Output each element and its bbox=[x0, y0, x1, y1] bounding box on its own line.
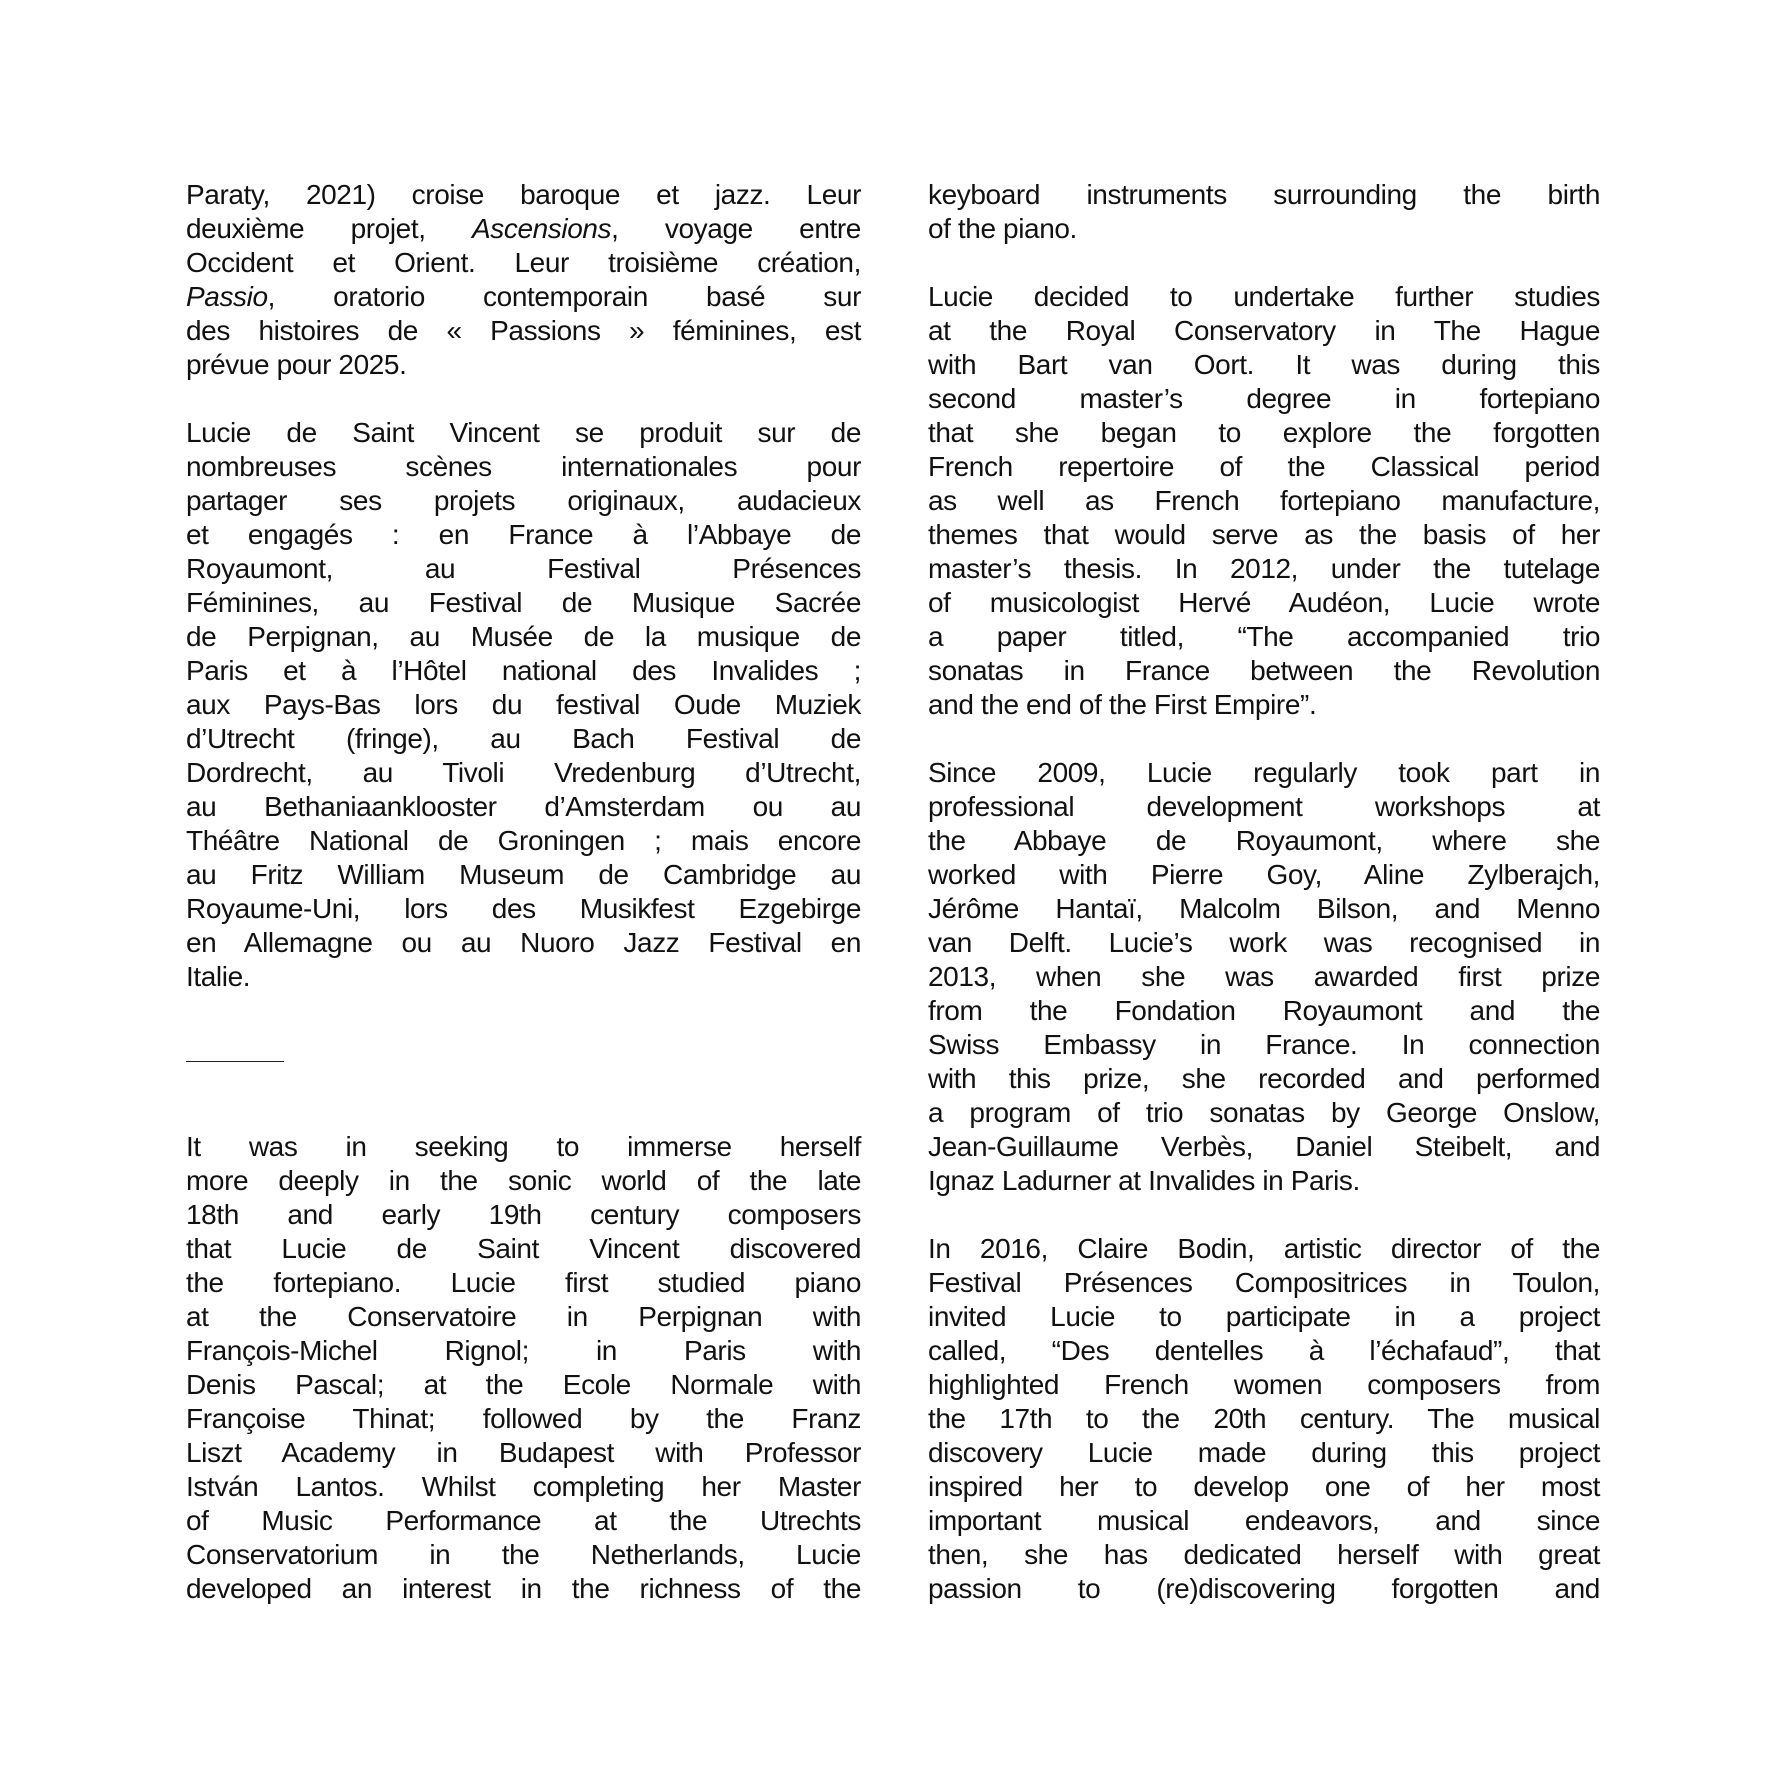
text-line: Conservatorium in the Netherlands, Lucie bbox=[186, 1538, 861, 1572]
text-line: a paper titled, “The accompanied trio bbox=[928, 620, 1600, 654]
text-line: inspired her to develop one of her most bbox=[928, 1470, 1600, 1504]
text-line: prévue pour 2025. bbox=[186, 348, 861, 382]
text-line: discovery Lucie made during this project bbox=[928, 1436, 1600, 1470]
italic-title: Ascensions bbox=[472, 213, 611, 244]
text-line: and the end of the First Empire”. bbox=[928, 688, 1600, 722]
text-line: Françoise Thinat; followed by the Franz bbox=[186, 1402, 861, 1436]
text-line: Paraty, 2021) croise baroque et jazz. Le… bbox=[186, 178, 861, 212]
text-line: French repertoire of the Classical perio… bbox=[928, 450, 1600, 484]
text-line: keyboard instruments surrounding the bir… bbox=[928, 178, 1600, 212]
text-segment: , oratorio contemporain basé sur bbox=[268, 281, 861, 312]
text-line: Dordrecht, au Tivoli Vredenburg d’Utrech… bbox=[186, 756, 861, 790]
text-line: 2013, when she was awarded first prize bbox=[928, 960, 1600, 994]
text-line: deuxième projet, Ascensions, voyage entr… bbox=[186, 212, 861, 246]
text-line: In 2016, Claire Bodin, artistic director… bbox=[928, 1232, 1600, 1266]
text-line: of musicologist Hervé Audéon, Lucie wrot… bbox=[928, 586, 1600, 620]
text-line: Ignaz Ladurner at Invalides in Paris. bbox=[928, 1164, 1600, 1198]
text-segment: , voyage entre bbox=[611, 213, 861, 244]
text-line: Swiss Embassy in France. In connection bbox=[928, 1028, 1600, 1062]
text-line: the fortepiano. Lucie first studied pian… bbox=[186, 1266, 861, 1300]
text-line: developed an interest in the richness of… bbox=[186, 1572, 861, 1606]
text-line: en Allemagne ou au Nuoro Jazz Festival e… bbox=[186, 926, 861, 960]
text-line: It was in seeking to immerse herself bbox=[186, 1130, 861, 1164]
text-line: Passio, oratorio contemporain basé sur bbox=[186, 280, 861, 314]
text-line: Liszt Academy in Budapest with Professor bbox=[186, 1436, 861, 1470]
text-line: with Bart van Oort. It was during this bbox=[928, 348, 1600, 382]
text-line: at the Royal Conservatory in The Hague bbox=[928, 314, 1600, 348]
text-line: van Delft. Lucie’s work was recognised i… bbox=[928, 926, 1600, 960]
text-line: aux Pays-Bas lors du festival Oude Muzie… bbox=[186, 688, 861, 722]
text-line: that she began to explore the forgotten bbox=[928, 416, 1600, 450]
text-line: Royaumont, au Festival Présences bbox=[186, 552, 861, 586]
text-line: nombreuses scènes internationales pour bbox=[186, 450, 861, 484]
text-line: Royaume-Uni, lors des Musikfest Ezgebirg… bbox=[186, 892, 861, 926]
text-line: 18th and early 19th century composers bbox=[186, 1198, 861, 1232]
text-line: a program of trio sonatas by George Onsl… bbox=[928, 1096, 1600, 1130]
section-separator bbox=[186, 1061, 284, 1062]
text-line: et engagés : en France à l’Abbaye de bbox=[186, 518, 861, 552]
text-line: Théâtre National de Groningen ; mais enc… bbox=[186, 824, 861, 858]
text-line: that Lucie de Saint Vincent discovered bbox=[186, 1232, 861, 1266]
text-line: au Bethaniaanklooster d’Amsterdam ou au bbox=[186, 790, 861, 824]
text-line: the 17th to the 20th century. The musica… bbox=[928, 1402, 1600, 1436]
text-line: as well as French fortepiano manufacture… bbox=[928, 484, 1600, 518]
text-line: des histoires de « Passions » féminines,… bbox=[186, 314, 861, 348]
italic-title: Passio bbox=[186, 281, 268, 312]
text-line: Jérôme Hantaï, Malcolm Bilson, and Menno bbox=[928, 892, 1600, 926]
text-line: of the piano. bbox=[928, 212, 1600, 246]
text-line: Festival Présences Compositrices in Toul… bbox=[928, 1266, 1600, 1300]
text-line: István Lantos. Whilst completing her Mas… bbox=[186, 1470, 861, 1504]
text-line: Italie. bbox=[186, 960, 861, 994]
text-line: au Fritz William Museum de Cambridge au bbox=[186, 858, 861, 892]
text-line: Denis Pascal; at the Ecole Normale with bbox=[186, 1368, 861, 1402]
text-line: with this prize, she recorded and perfor… bbox=[928, 1062, 1600, 1096]
text-line: Lucie decided to undertake further studi… bbox=[928, 280, 1600, 314]
text-line: themes that would serve as the basis of … bbox=[928, 518, 1600, 552]
text-line: more deeply in the sonic world of the la… bbox=[186, 1164, 861, 1198]
text-line: then, she has dedicated herself with gre… bbox=[928, 1538, 1600, 1572]
text-line: of Music Performance at the Utrechts bbox=[186, 1504, 861, 1538]
text-line: invited Lucie to participate in a projec… bbox=[928, 1300, 1600, 1334]
document-page: Paraty, 2021) croise baroque et jazz. Le… bbox=[0, 0, 1786, 1782]
text-line: at the Conservatoire in Perpignan with bbox=[186, 1300, 861, 1334]
text-line: from the Fondation Royaumont and the bbox=[928, 994, 1600, 1028]
text-line: passion to (re)discovering forgotten and bbox=[928, 1572, 1600, 1606]
text-line: highlighted French women composers from bbox=[928, 1368, 1600, 1402]
text-line: professional development workshops at bbox=[928, 790, 1600, 824]
text-line: François-Michel Rignol; in Paris with bbox=[186, 1334, 861, 1368]
text-line: Féminines, au Festival de Musique Sacrée bbox=[186, 586, 861, 620]
text-line: sonatas in France between the Revolution bbox=[928, 654, 1600, 688]
text-line: de Perpignan, au Musée de la musique de bbox=[186, 620, 861, 654]
text-segment: deuxième projet, bbox=[186, 213, 472, 244]
text-line: Jean-Guillaume Verbès, Daniel Steibelt, … bbox=[928, 1130, 1600, 1164]
text-line: second master’s degree in fortepiano bbox=[928, 382, 1600, 416]
text-line: called, “Des dentelles à l’échafaud”, th… bbox=[928, 1334, 1600, 1368]
text-line: Lucie de Saint Vincent se produit sur de bbox=[186, 416, 861, 450]
text-line: the Abbaye de Royaumont, where she bbox=[928, 824, 1600, 858]
text-line: d’Utrecht (fringe), au Bach Festival de bbox=[186, 722, 861, 756]
text-line: master’s thesis. In 2012, under the tute… bbox=[928, 552, 1600, 586]
text-line: Occident et Orient. Leur troisième créat… bbox=[186, 246, 861, 280]
text-line: important musical endeavors, and since bbox=[928, 1504, 1600, 1538]
text-line: partager ses projets originaux, audacieu… bbox=[186, 484, 861, 518]
text-line: Paris et à l’Hôtel national des Invalide… bbox=[186, 654, 861, 688]
text-line: worked with Pierre Goy, Aline Zylberajch… bbox=[928, 858, 1600, 892]
text-line: Since 2009, Lucie regularly took part in bbox=[928, 756, 1600, 790]
